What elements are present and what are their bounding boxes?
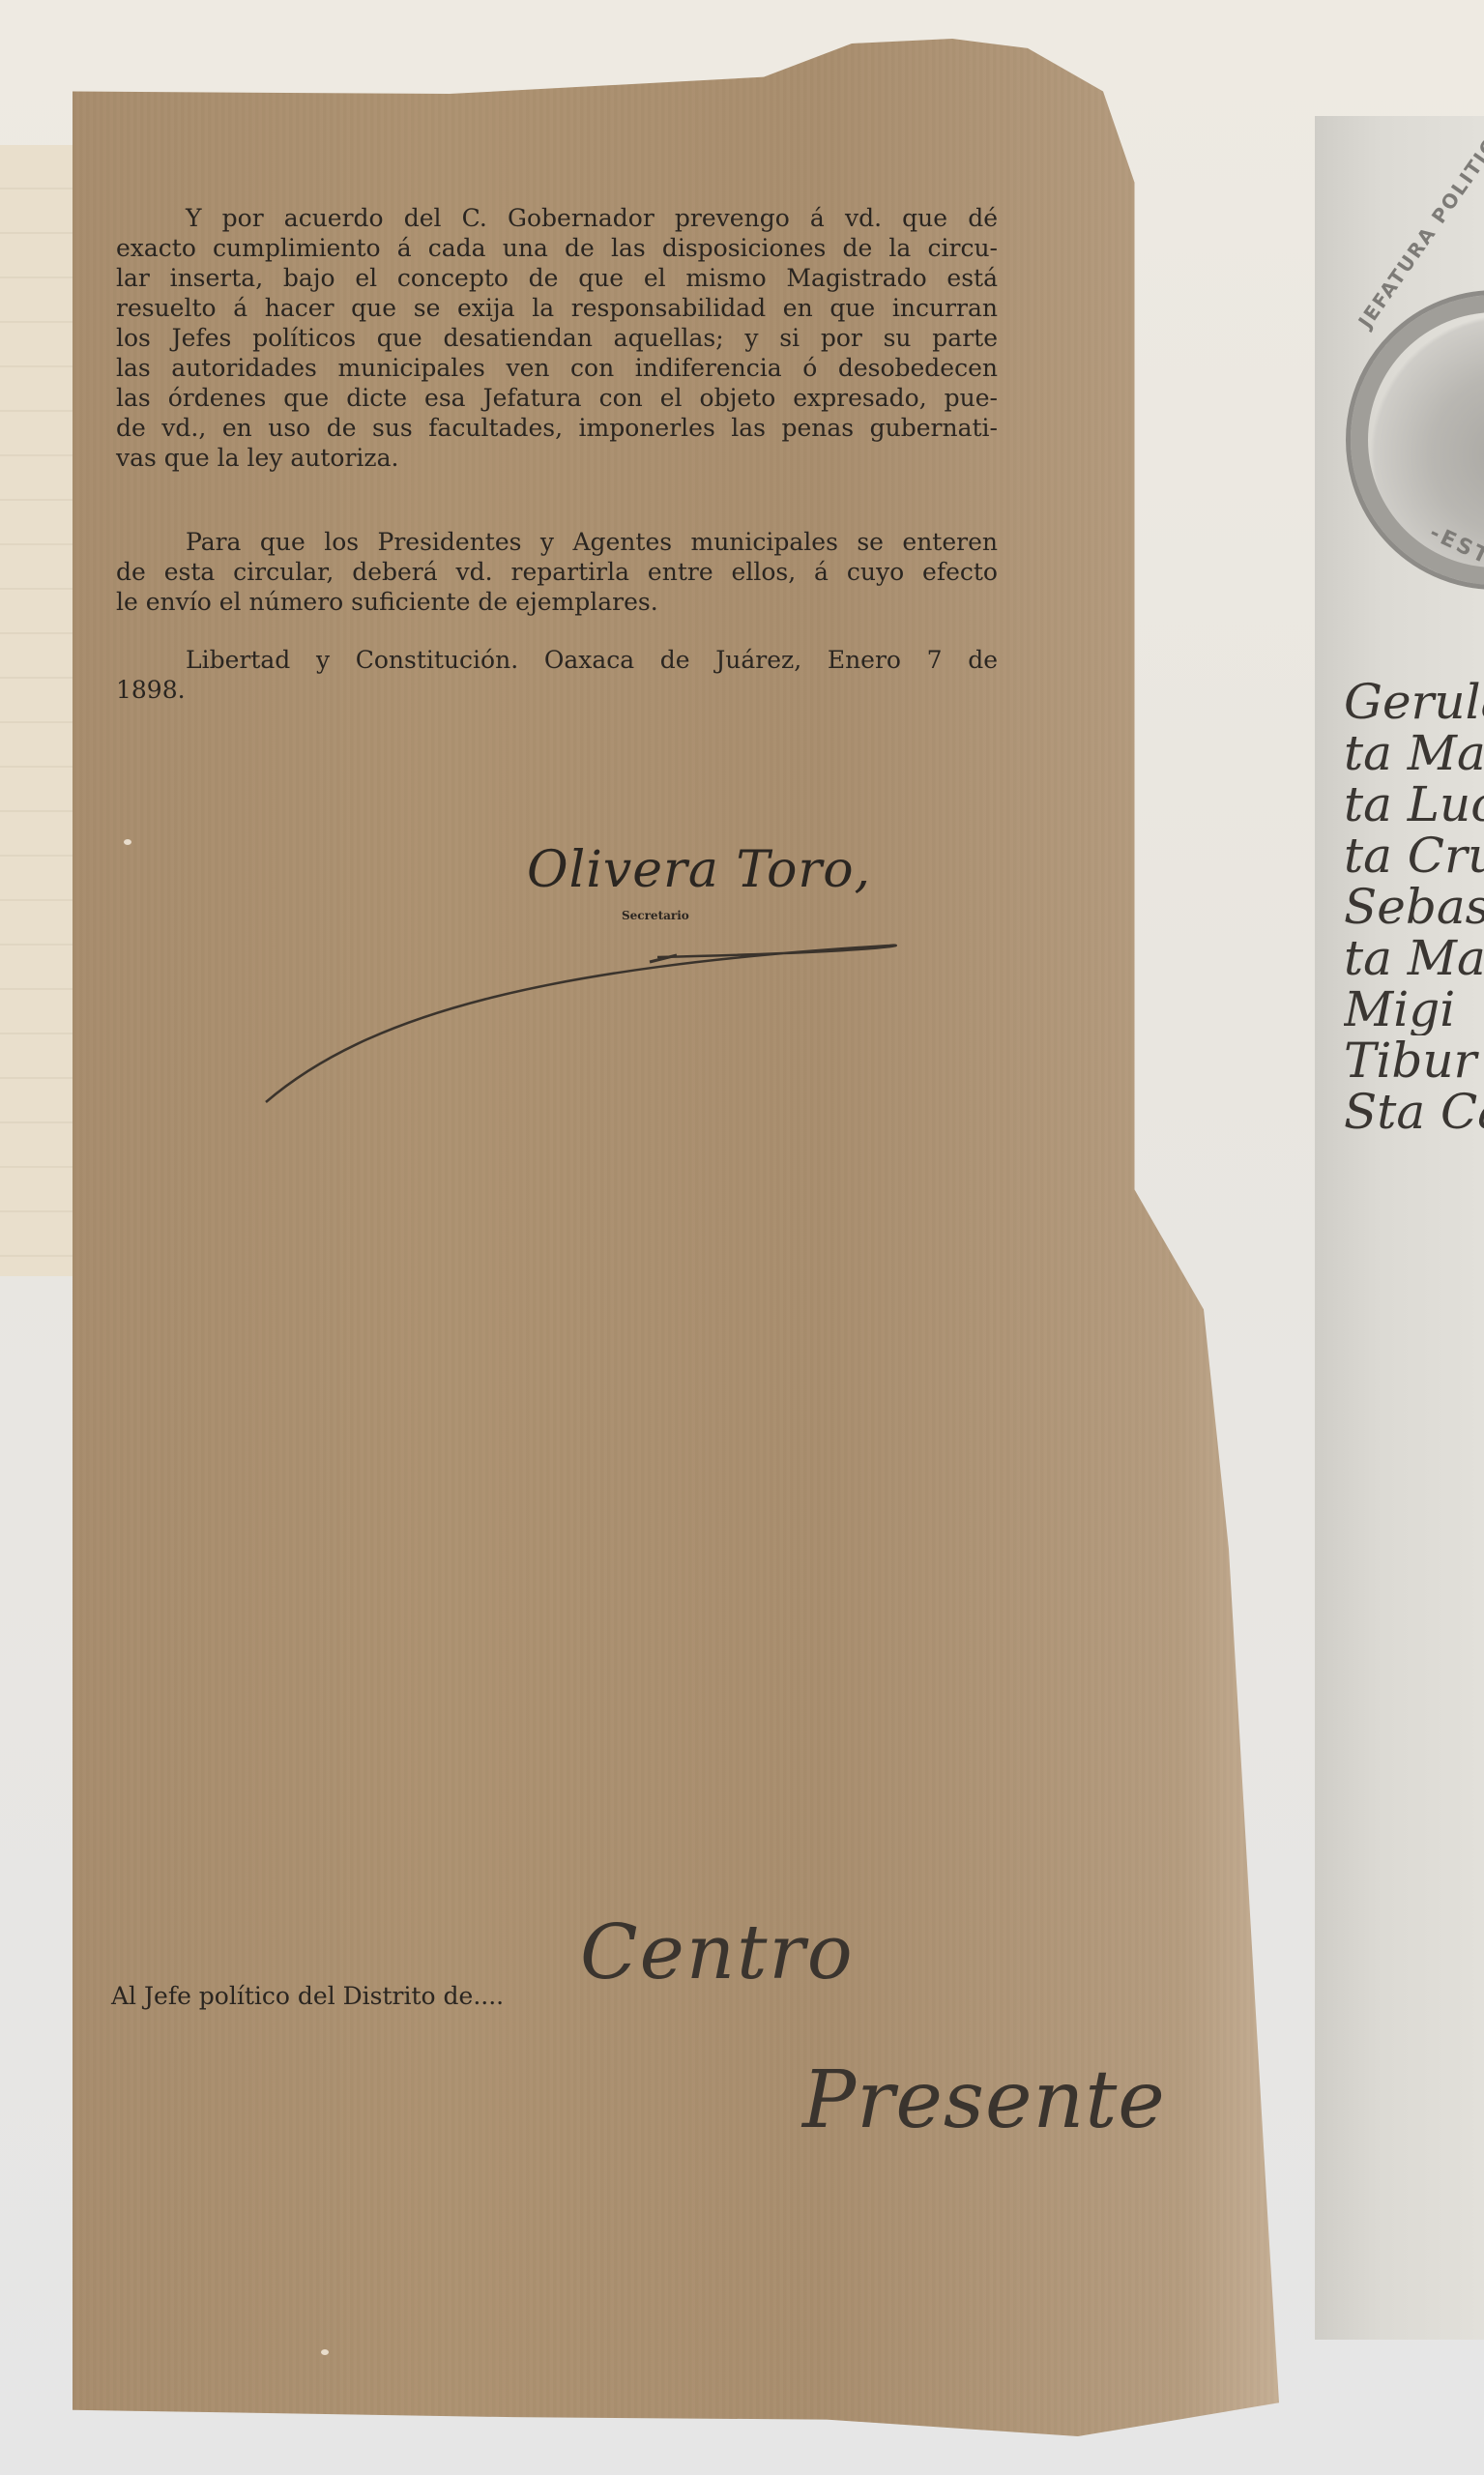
paper-speck xyxy=(321,2349,329,2355)
signature-flourish-icon xyxy=(0,0,1484,2475)
handwritten-presente: Presente xyxy=(802,2054,1166,2146)
paper-speck xyxy=(124,839,131,845)
handwritten-district: Centro xyxy=(580,1909,855,1996)
addressee-line: Al Jefe político del Distrito de.... xyxy=(111,1982,504,2010)
